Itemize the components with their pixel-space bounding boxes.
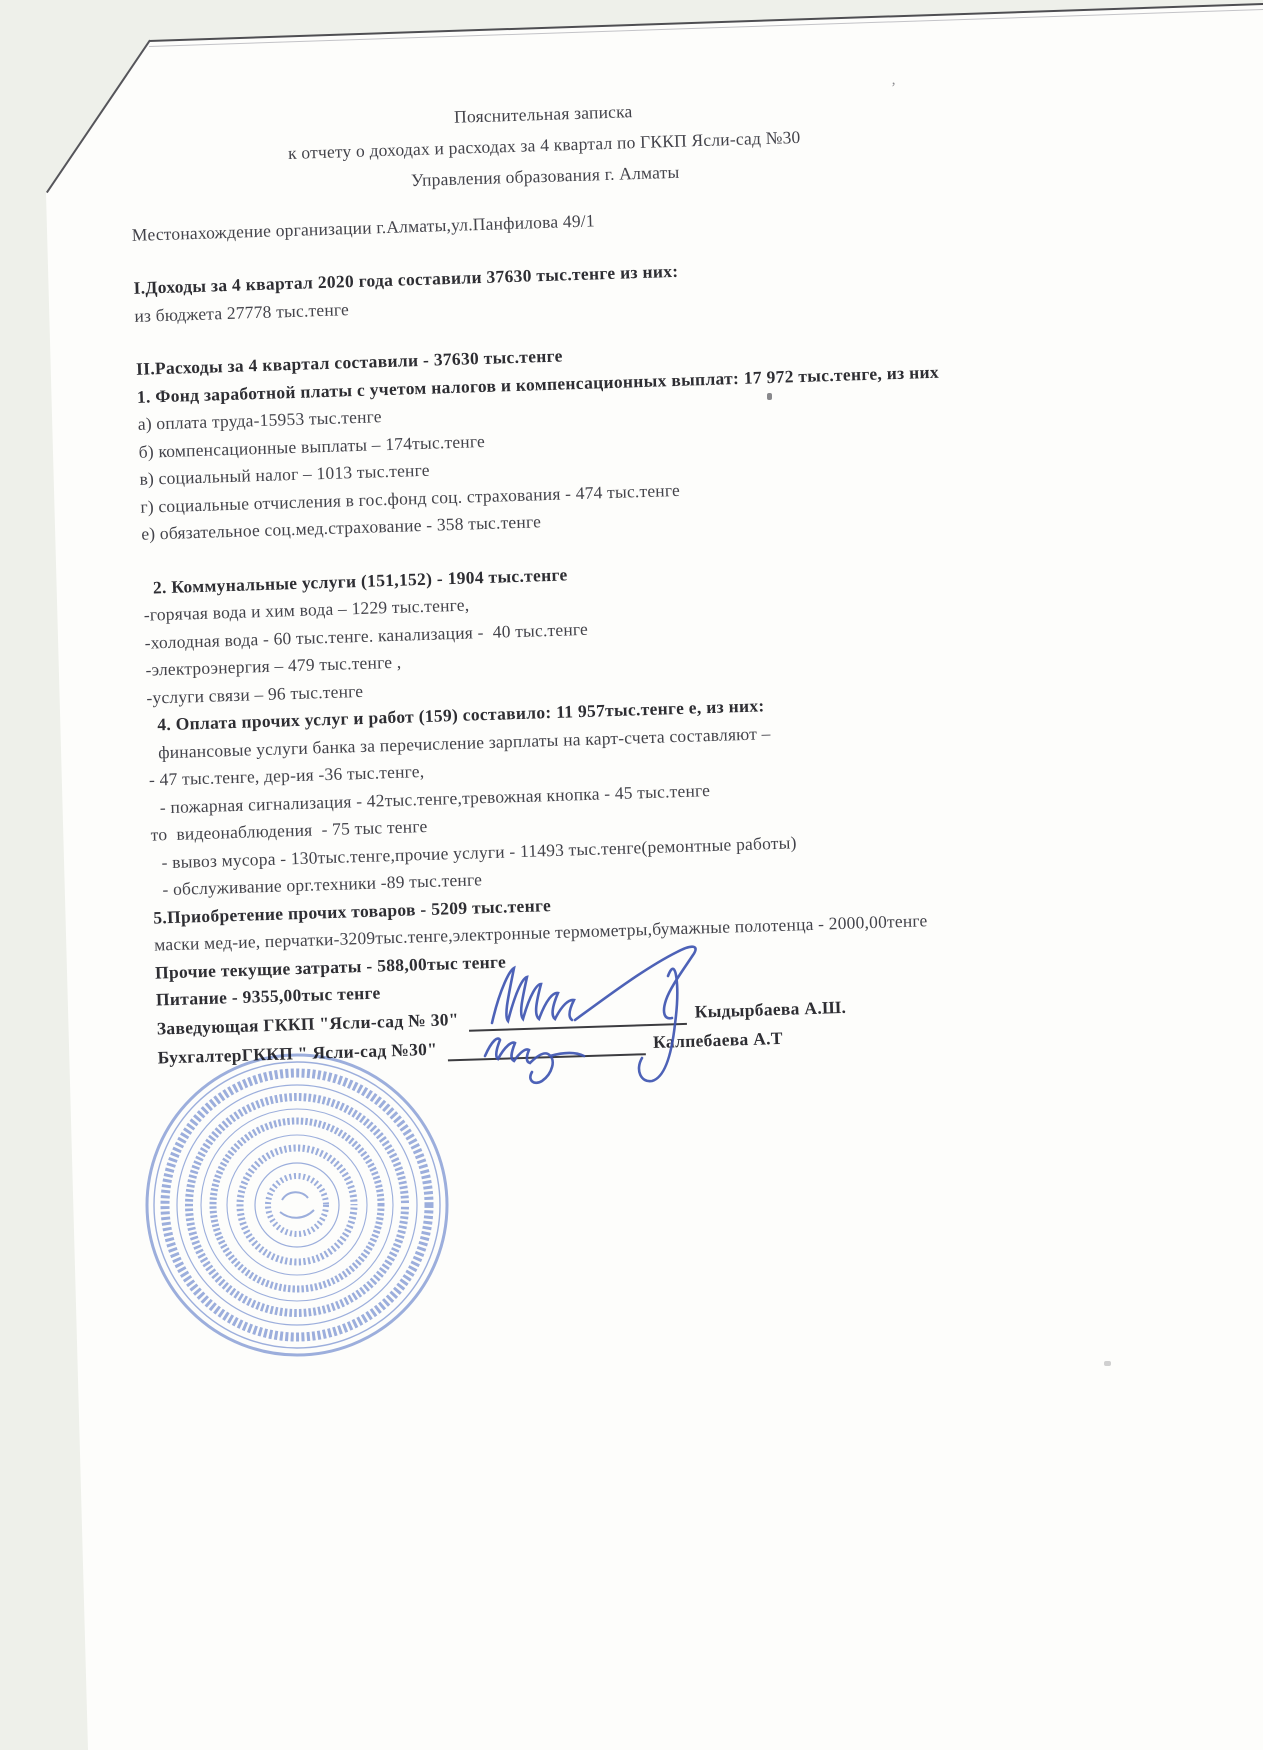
- handwritten-signatures-ink: [430, 928, 900, 1113]
- scan-artifact-speck: [767, 393, 772, 400]
- document-content: Пояснительная записка к отчету о доходах…: [128, 82, 1098, 1072]
- scan-artifact-mark: ’: [891, 80, 896, 97]
- body-lines: I.Доходы за 4 квартал 2020 года составил…: [133, 245, 1096, 1014]
- official-round-stamp: [132, 1040, 462, 1370]
- scan-artifact-speck: [1104, 1361, 1111, 1366]
